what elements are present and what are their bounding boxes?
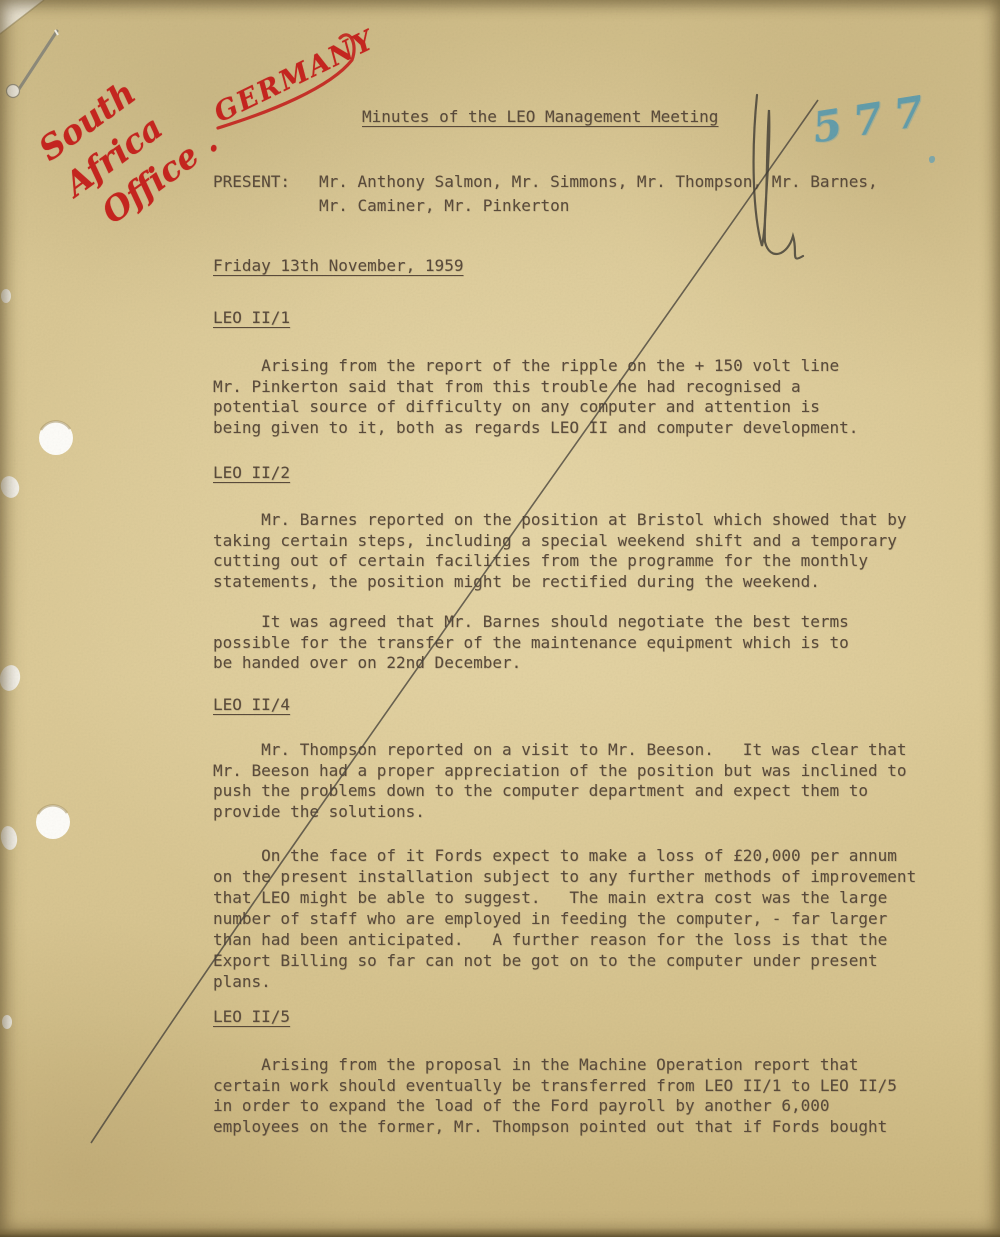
date-heading: Friday 13th November, 1959 — [213, 256, 463, 277]
edge-speck-3 — [0, 663, 22, 693]
staple-pin — [19, 31, 57, 89]
staple-highlight — [55, 30, 58, 35]
section-heading-leo-ii-4: LEO II/4 — [213, 695, 290, 716]
paragraph-leo-ii-4-b: On the face of it Fords expect to make a… — [213, 845, 916, 992]
section-heading-leo-ii-1: LEO II/1 — [213, 308, 290, 329]
paragraph-leo-ii-2-b: It was agreed that Mr. Barnes should neg… — [213, 612, 849, 674]
blue-page-number-dot — [929, 156, 935, 163]
edge-speck-1 — [1, 289, 11, 303]
page-corner-fold — [0, 0, 44, 34]
present-attendees-block: PRESENT: Mr. Anthony Salmon, Mr. Simmons… — [213, 170, 878, 217]
punch-hole-top-shadow — [41, 421, 70, 430]
paragraph-leo-ii-1-a: Arising from the report of the ripple on… — [213, 356, 858, 438]
edge-speck-2 — [0, 474, 22, 500]
section-heading-leo-ii-2: LEO II/2 — [213, 463, 290, 484]
paragraph-leo-ii-5-a: Arising from the proposal in the Machine… — [213, 1055, 897, 1137]
punch-hole-bottom-shadow — [38, 805, 67, 814]
punch-hole-top — [39, 421, 73, 455]
corner-fold-edge — [0, 0, 44, 34]
punch-hole-bottom — [36, 805, 70, 839]
document-title: Minutes of the LEO Management Meeting — [362, 107, 718, 128]
staple-head — [7, 85, 20, 98]
scanned-document-page: Minutes of the LEO Management Meeting PR… — [0, 0, 1000, 1237]
blue-page-number: 577 — [809, 81, 965, 153]
paragraph-leo-ii-2-a: Mr. Barnes reported on the position at B… — [213, 510, 907, 592]
edge-speck-5 — [2, 1015, 12, 1029]
paragraph-leo-ii-4-a: Mr. Thompson reported on a visit to Mr. … — [213, 740, 907, 822]
edge-speck-4 — [0, 825, 19, 851]
section-heading-leo-ii-5: LEO II/5 — [213, 1007, 290, 1028]
